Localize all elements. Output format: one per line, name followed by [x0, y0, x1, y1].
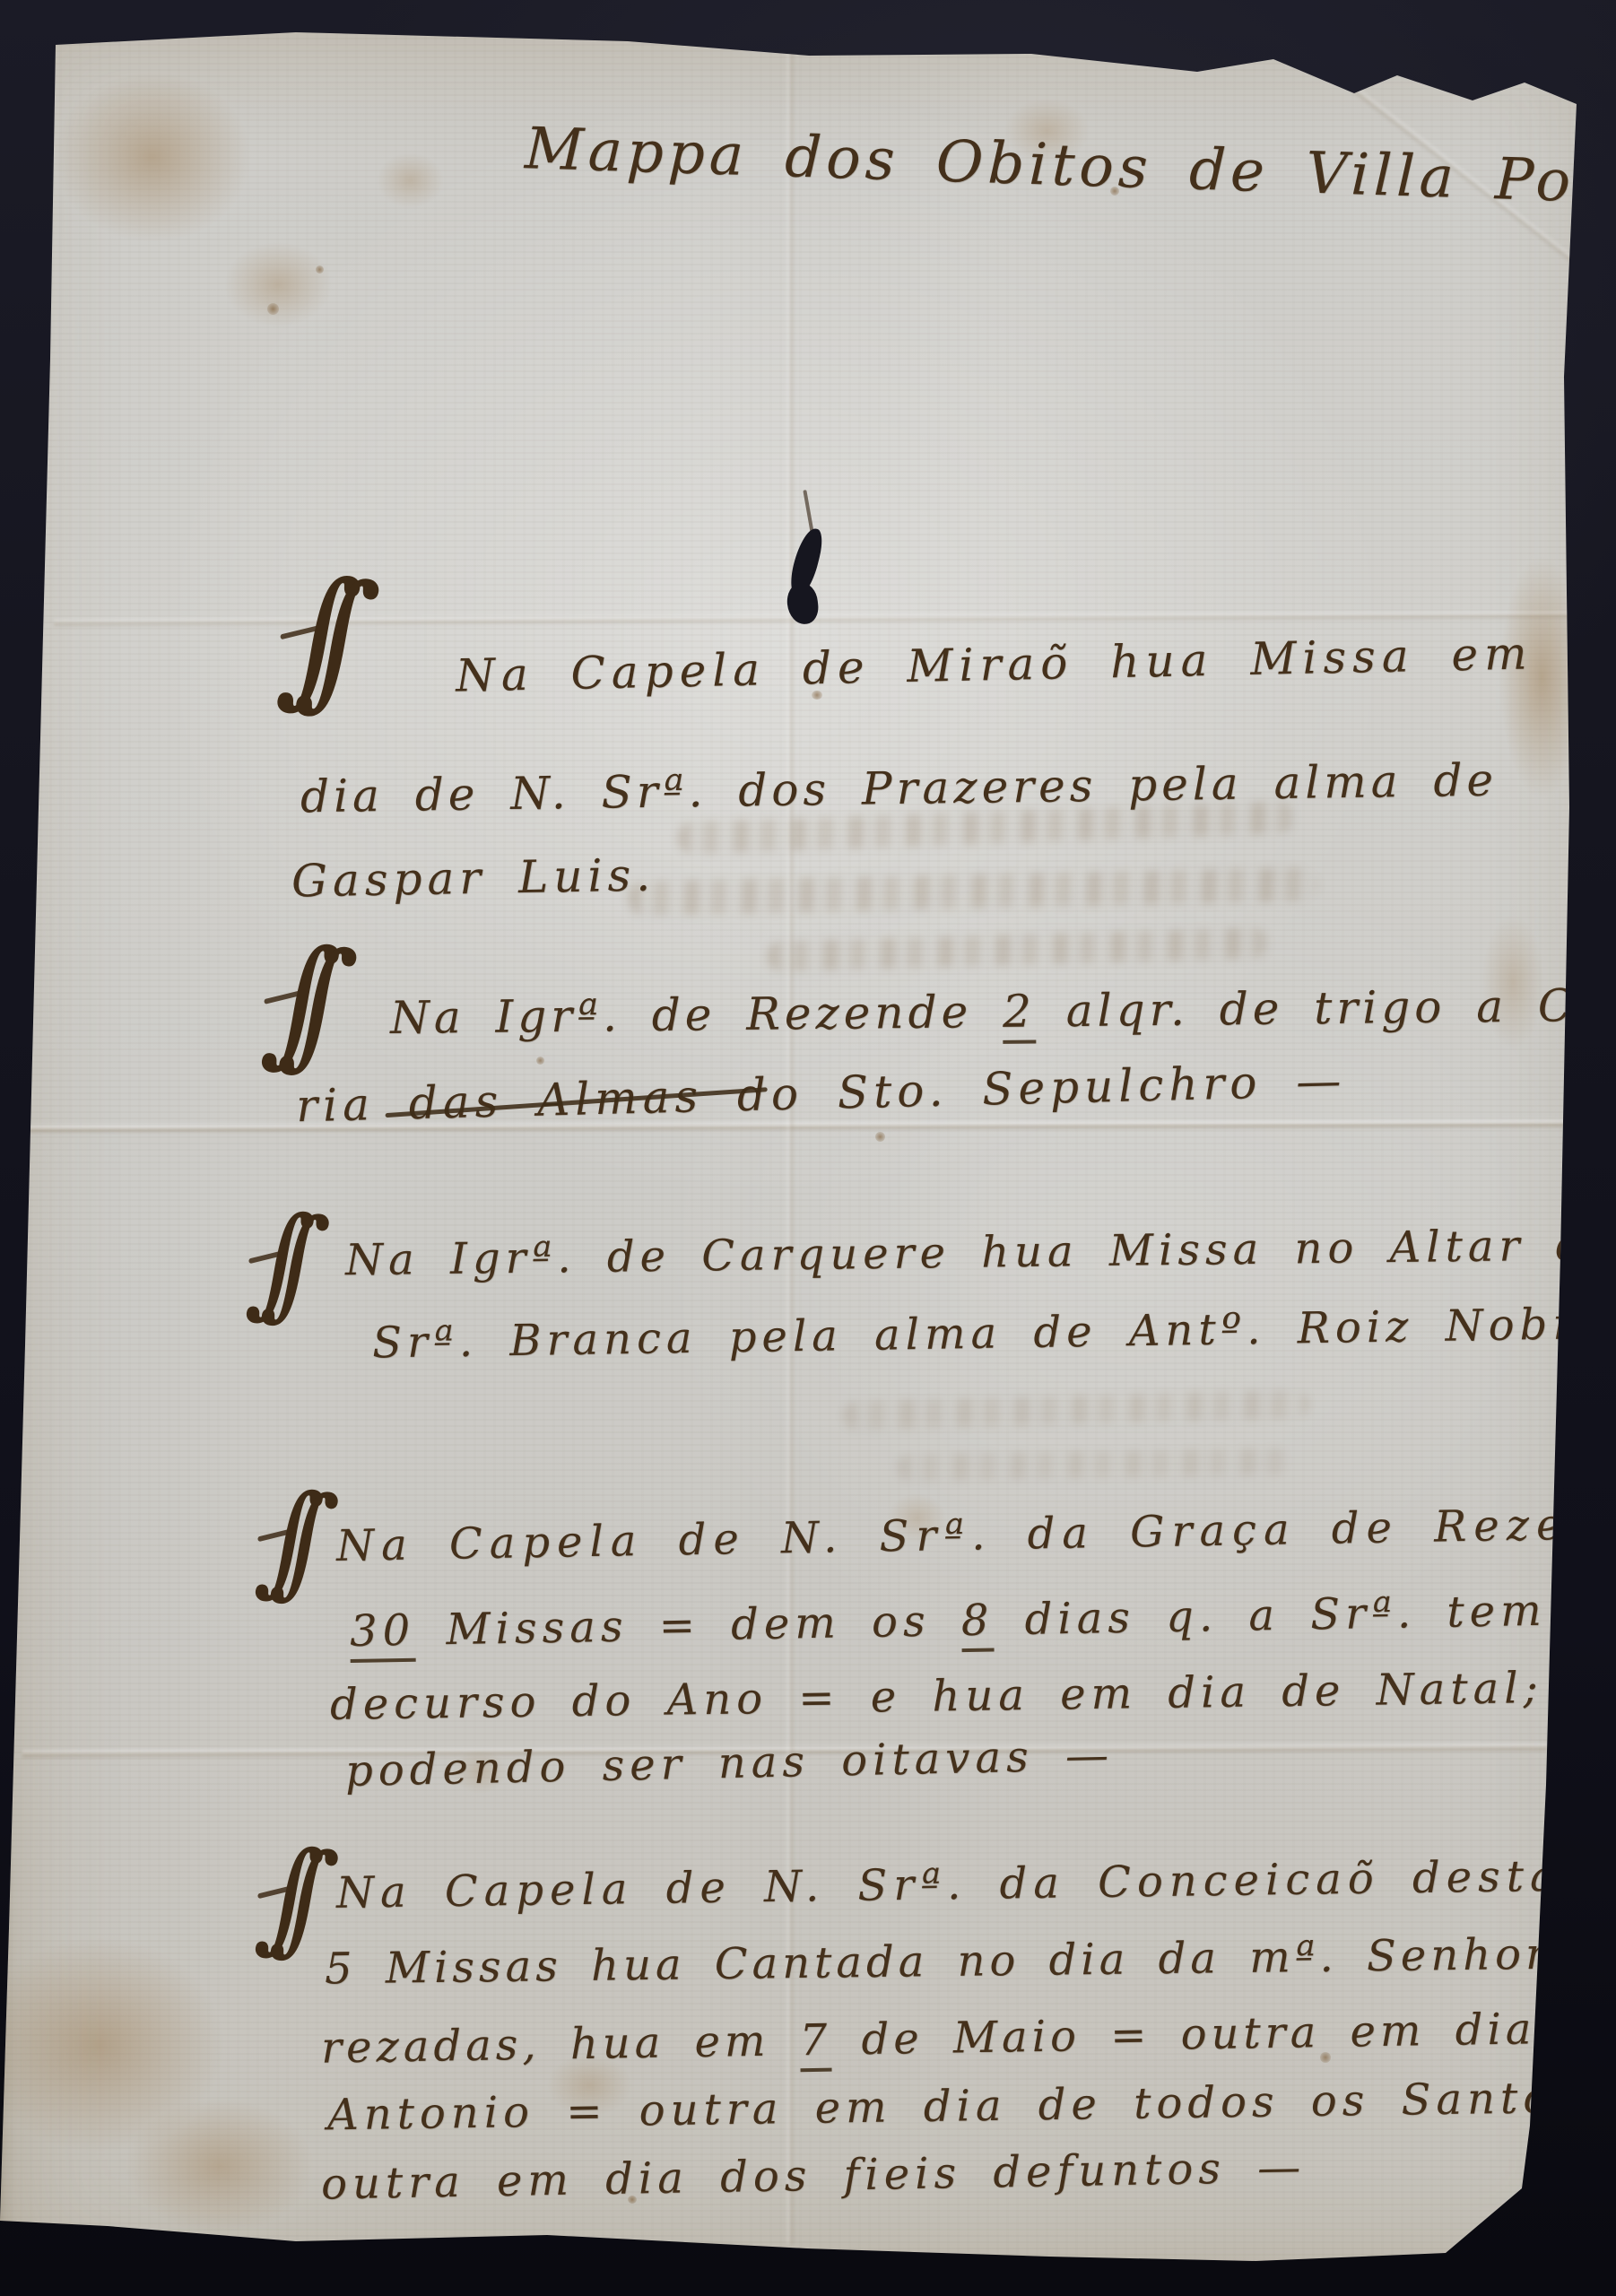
text-line: dia de N. Srª. dos Prazeres pela alma de [300, 754, 1499, 823]
struck-out-text: das Almas [408, 1070, 704, 1129]
text-line: Na Igrª. de Carquere hua Missa no Altar … [345, 1219, 1616, 1286]
text-line: Na Capela de Miraõ hua Missa em [456, 627, 1533, 701]
text-segment: Na Igrª. de Rezende [390, 986, 1003, 1044]
text-segment: decurso do Ano = e hua em dia de Natal; … [330, 1660, 1616, 1730]
paper-stain [377, 152, 444, 208]
text-segment: 5 Missas hua Cantada no dia da mª. Senho… [325, 1927, 1616, 1995]
text-segment: ria [295, 1077, 409, 1132]
paper-stain [126, 2099, 314, 2233]
text-line: Antonio = outra em dia de todos os Santo… [327, 2072, 1616, 2141]
paper-stain [54, 72, 251, 242]
fold-crease-horizontal-2 [27, 1118, 1565, 1134]
text-line: Srª. Branca pela alma de Antº. Roiz Nobr… [372, 1297, 1616, 1368]
underlined-number: 2 [1003, 985, 1036, 1043]
text-line: Na Igrª. de Rezende 2 alqr. de trigo a C… [390, 978, 1616, 1044]
section-mark: ∫∫ [256, 913, 317, 1084]
underlined-number: 30 [350, 1605, 416, 1663]
foxing-dot [267, 303, 279, 315]
manuscript-page: Mappa dos Obitos de Villa Pouca. ∫∫ Na C… [0, 0, 1616, 2296]
text-segment: de Maio = outra em dia de Sto. [831, 2000, 1616, 2065]
text-segment: do Sto. Sepulchro — [702, 1055, 1347, 1123]
text-line: Na Capela de N. Srª. da Graça de Rezende [336, 1498, 1616, 1571]
text-line: Na Capela de N. Srª. da Conceicaõ desta … [336, 1848, 1616, 1918]
photo-background: Mappa dos Obitos de Villa Pouca. ∫∫ Na C… [0, 0, 1616, 2296]
foxing-dot [316, 265, 324, 274]
section-mark: ∫∫ [241, 1184, 295, 1334]
text-segment: Na Capela de N. Srª. da Graça de Rezende [336, 1498, 1616, 1571]
section-mark: ∫∫ [250, 1819, 304, 1969]
text-segment: Gaspar Luis. [291, 848, 656, 907]
text-line: decurso do Ano = e hua em dia de Natal; … [330, 1660, 1616, 1730]
text-segment: Na Capela de N. Srª. da Conceicaõ desta … [336, 1848, 1616, 1918]
text-segment: Missas = dem os [415, 1596, 962, 1656]
bleedthrough-text-smudge [628, 867, 1319, 916]
text-segment: podendo ser nas oitavas — [345, 1730, 1115, 1796]
text-segment: rezadas, hua em [321, 2015, 800, 2073]
paper-stain [224, 242, 332, 327]
bleedthrough-text-smudge [843, 1389, 1310, 1431]
text-segment: alqr. de trigo a Confra= [1036, 978, 1616, 1037]
section-mark: ∫∫ [272, 543, 337, 726]
text-line: rezadas, hua em 7 de Maio = outra em dia… [321, 2000, 1616, 2073]
text-line: 30 Missas = dem os 8 dias q. a Srª. tem … [350, 1583, 1616, 1657]
text-segment: outra em dia dos fieis defuntos — [321, 2142, 1307, 2209]
text-segment: dias q. a Srª. tem pelo [994, 1583, 1616, 1646]
section-mark: ∫∫ [250, 1462, 304, 1612]
text-line: 5 Missas hua Cantada no dia da mª. Senho… [325, 1927, 1616, 1995]
text-line: podendo ser nas oitavas — [345, 1730, 1115, 1796]
underlined-number: 7 [799, 2015, 832, 2073]
text-segment: Srª. Branca pela alma de Antº. Roiz Nobr… [372, 1297, 1616, 1368]
foxing-dot [875, 1132, 885, 1142]
text-segment: dia de N. Srª. dos Prazeres pela alma de [300, 754, 1499, 823]
underlined-number: 8 [960, 1596, 995, 1653]
fold-crease-vertical [786, 47, 795, 2244]
foxing-dot [536, 1057, 544, 1065]
text-segment: Na Capela de Miraõ hua Missa em [456, 627, 1533, 701]
text-segment: Antonio = outra em dia de todos os Santo… [327, 2072, 1616, 2141]
bleedthrough-text-smudge [897, 1448, 1291, 1482]
text-line: outra em dia dos fieis defuntos — [321, 2142, 1307, 2209]
text-segment: Na Igrª. de Carquere hua Missa no Altar … [345, 1219, 1616, 1286]
text-line: Gaspar Luis. [291, 848, 656, 907]
bleedthrough-text-smudge [767, 927, 1270, 972]
